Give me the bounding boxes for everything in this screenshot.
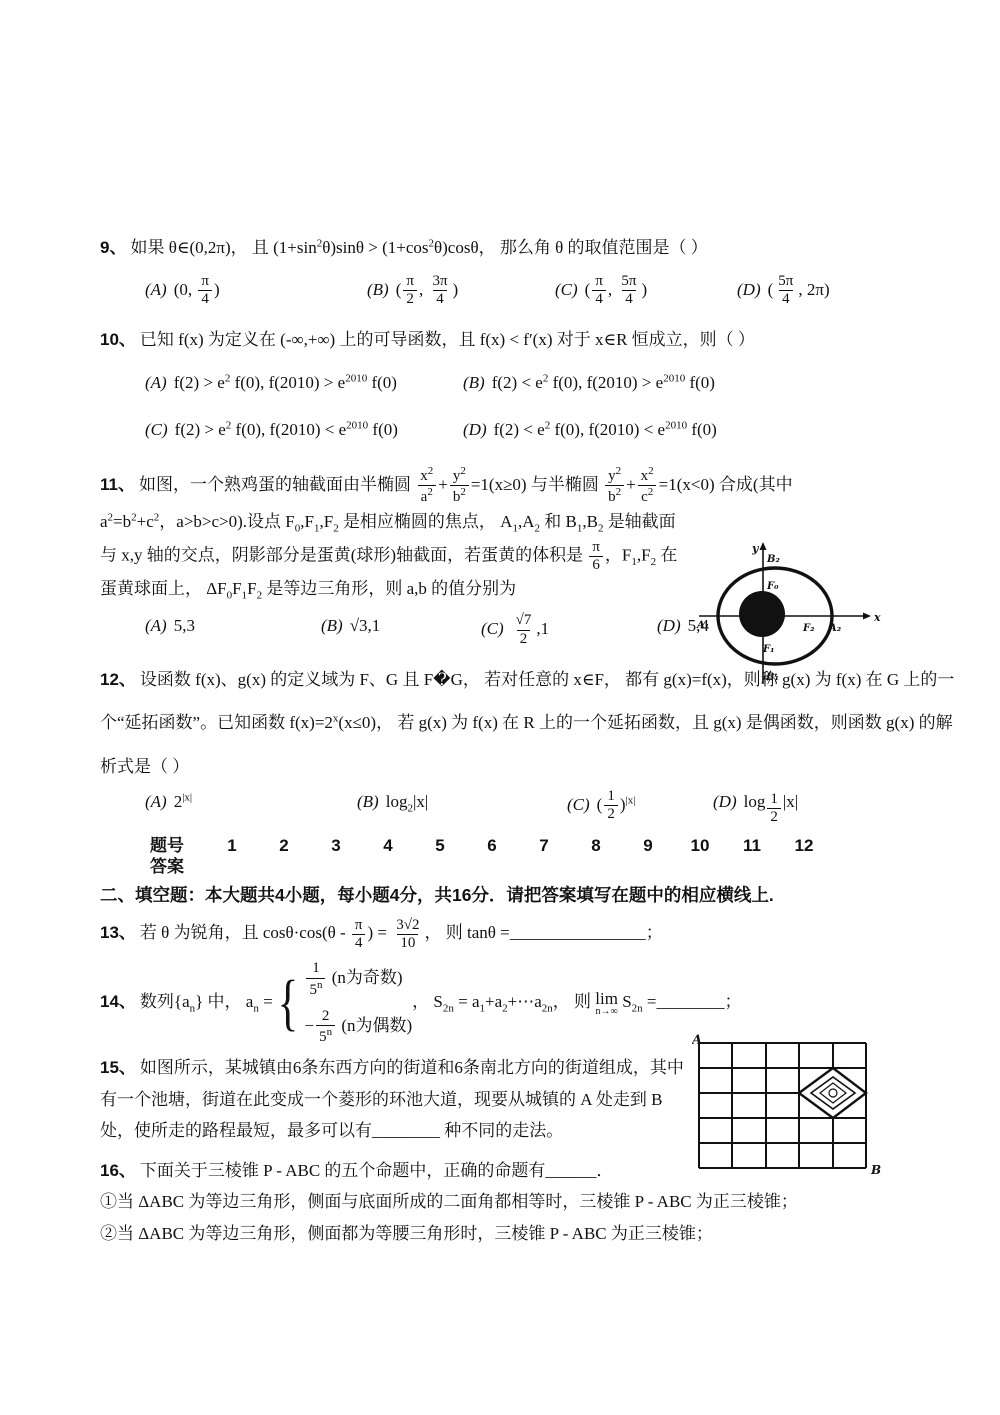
question-number-cells: 1 2 3 4 5 6 7 8 9 10 11 12 xyxy=(206,835,830,856)
question-col-12: 12 xyxy=(778,835,830,856)
option-10-c: (C)f(2) > e2 f(0), f(2010) < e2010 f(0) xyxy=(145,416,463,445)
option-text: (0, π4) xyxy=(174,280,220,299)
option-label: (B) xyxy=(367,280,389,299)
question-16-item-1: ①当 ΔABC 为等边三角形，侧面与底面所成的二面角都相等时，三棱锥 P - A… xyxy=(100,1186,962,1217)
option-label: (D) xyxy=(737,280,761,299)
option-label: (B) xyxy=(321,616,343,635)
option-11-a: (A)5,3 xyxy=(145,612,321,648)
question-13-text: 若 θ 为锐角，且 cosθ·cos(θ - π4) = 3√210， 则 ta… xyxy=(140,923,663,942)
option-9-b: (B)(π2, 3π4) xyxy=(367,273,555,309)
y-axis-arrow xyxy=(760,542,767,550)
option-label: (C) xyxy=(567,795,590,814)
option-label: (D) xyxy=(463,420,487,439)
label-f1: F₁ xyxy=(762,644,774,655)
question-9: 9、如果 θ∈(0,2π)， 且 (1+sin2θ)sinθ > (1+cos2… xyxy=(100,234,962,308)
exam-page: 9、如果 θ∈(0,2π)， 且 (1+sin2θ)sinθ > (1+cos2… xyxy=(0,0,1000,1415)
question-col-4: 4 xyxy=(362,835,414,856)
option-9-a: (A)(0, π4) xyxy=(145,273,367,309)
option-label: (A) xyxy=(145,616,167,635)
option-text: f(2) < e2 f(0), f(2010) > e2010 f(0) xyxy=(492,373,715,392)
option-label: (B) xyxy=(357,792,379,811)
option-10-b: (B)f(2) < e2 f(0), f(2010) > e2010 f(0) xyxy=(463,369,962,398)
question-12-number: 12、 xyxy=(100,670,136,689)
option-label: (C) xyxy=(481,619,504,638)
answer-table-header-row: 题号 1 2 3 4 5 6 7 8 9 10 11 12 xyxy=(150,835,962,856)
sequence-prefix: 数列{an} 中， an = xyxy=(140,992,273,1011)
question-9-number: 9、 xyxy=(100,238,126,257)
option-text: f(2) > e2 f(0), f(2010) > e2010 f(0) xyxy=(174,373,397,392)
question-10-line: 10、已知 f(x) 为定义在 (-∞,+∞) 上的可导函数，且 f(x) < … xyxy=(100,326,962,355)
option-text: f(2) < e2 f(0), f(2010) < e2010 f(0) xyxy=(494,420,717,439)
question-9-line: 9、如果 θ∈(0,2π)， 且 (1+sin2θ)sinθ > (1+cos2… xyxy=(100,234,962,263)
label-f2: F₂ xyxy=(802,623,815,634)
question-col-11: 11 xyxy=(726,835,778,856)
label-b1: B₁ xyxy=(765,672,779,683)
option-label: (A) xyxy=(145,792,167,811)
question-col-7: 7 xyxy=(518,835,570,856)
option-12-d: (D)log12|x| xyxy=(713,788,962,827)
option-text: f(2) > e2 f(0), f(2010) < e2010 f(0) xyxy=(175,420,398,439)
question-14-number: 14、 xyxy=(100,992,136,1011)
option-11-b: (B)√3,1 xyxy=(321,612,481,648)
question-9-options: (A)(0, π4) (B)(π2, 3π4) (C)(π4, 5π4) (D)… xyxy=(145,273,962,309)
question-10: 10、已知 f(x) 为定义在 (-∞,+∞) 上的可导函数，且 f(x) < … xyxy=(100,326,962,445)
question-15-number: 15、 xyxy=(100,1058,136,1077)
label-a2: A₂ xyxy=(828,623,842,634)
question-number-header: 题号 xyxy=(150,835,206,856)
option-label: (A) xyxy=(145,280,167,299)
option-text: (5π4, 2π) xyxy=(768,280,830,299)
y-axis-label: y xyxy=(751,542,760,555)
question-col-1: 1 xyxy=(206,835,258,856)
question-13: 13、若 θ 为锐角，且 cosθ·cos(θ - π4) = 3√210， 则… xyxy=(100,917,962,953)
answer-table: 题号 1 2 3 4 5 6 7 8 9 10 11 12 答案 xyxy=(150,835,962,878)
question-10-text: 已知 f(x) 为定义在 (-∞,+∞) 上的可导函数，且 f(x) < f′(… xyxy=(140,330,755,349)
option-label: (D) xyxy=(713,792,737,811)
label-a1: A₁ xyxy=(696,620,709,631)
question-10-number: 10、 xyxy=(100,330,136,349)
option-label: (B) xyxy=(463,373,485,392)
question-9-text: 如果 θ∈(0,2π)， 且 (1+sin2θ)sinθ > (1+cos2θ)… xyxy=(130,238,707,257)
option-12-b: (B)log2|x| xyxy=(357,788,567,827)
piecewise-cases: 15n (n为奇数) −25n (n为偶数) xyxy=(304,960,412,1046)
question-13-number: 13、 xyxy=(100,923,136,942)
question-16-number: 16、 xyxy=(100,1161,136,1180)
option-12-c: (C)(12)|x| xyxy=(567,788,713,827)
option-9-c: (C)(π4, 5π4) xyxy=(555,273,737,309)
option-label: (A) xyxy=(145,373,167,392)
question-col-6: 6 xyxy=(466,835,518,856)
question-12-options: (A)2|x| (B)log2|x| (C)(12)|x| (D)log12|x… xyxy=(145,788,962,827)
question-11-text-2: a2=b2+c2，a>b>c>0).设点 F0,F1,F2 是相应椭圆的焦点， … xyxy=(100,507,688,607)
question-col-8: 8 xyxy=(570,835,622,856)
piecewise-brace: { xyxy=(277,977,298,1030)
option-11-c: (C)√72,1 xyxy=(481,612,657,648)
question-11-text-1: 如图，一个熟鸡蛋的轴截面由半椭圆 x2a2+y2b2=1(x≥0) 与半椭圆 y… xyxy=(139,475,793,494)
option-12-a: (A)2|x| xyxy=(145,788,357,827)
option-text: (12)|x| xyxy=(597,795,636,814)
x-axis-arrow xyxy=(863,613,871,620)
section-2-header: 二、填空题：本大题共4小题，每小题4分，共16分．请把答案填写在题中的相应横线上… xyxy=(100,881,962,911)
question-11-number: 11、 xyxy=(100,475,135,494)
question-14-prefix: 14、数列{an} 中， an = xyxy=(100,988,273,1018)
option-text: (π2, 3π4) xyxy=(396,280,459,299)
sequence-suffix: ， S2n = a1+a2+⋯a2n， 则 limn→∞ S2n =______… xyxy=(412,988,741,1018)
question-col-10: 10 xyxy=(674,835,726,856)
question-15-paragraph: 15、如图所示，某城镇由6条东西方向的街道和6条南北方向的街道组成，其中有一个池… xyxy=(100,1052,688,1146)
question-15-text: 如图所示，某城镇由6条东西方向的街道和6条南北方向的街道组成，其中有一个池塘，街… xyxy=(100,1058,684,1140)
piecewise-case-odd: 15n (n为奇数) xyxy=(304,960,412,999)
option-text: √3,1 xyxy=(350,616,381,635)
question-16-item-2: ②当 ΔABC 为等边三角形，侧面都为等腰三角形时，三棱锥 P - ABC 为正… xyxy=(100,1218,962,1249)
option-label: (C) xyxy=(555,280,578,299)
egg-yolk xyxy=(739,591,785,637)
question-11-line1: 11、如图，一个熟鸡蛋的轴截面由半椭圆 x2a2+y2b2=1(x≥0) 与半椭… xyxy=(100,465,962,507)
label-f0: F₀ xyxy=(766,581,779,592)
question-10-options: (A)f(2) > e2 f(0), f(2010) > e2010 f(0) … xyxy=(145,369,962,445)
option-text: 2|x| xyxy=(174,792,192,811)
option-10-a: (A)f(2) > e2 f(0), f(2010) > e2010 f(0) xyxy=(145,369,463,398)
street-grid-figure: A B xyxy=(692,1034,892,1179)
question-col-3: 3 xyxy=(310,835,362,856)
question-col-5: 5 xyxy=(414,835,466,856)
x-axis-label: x xyxy=(873,611,881,624)
option-text: log2|x| xyxy=(386,792,429,811)
answer-label: 答案 xyxy=(150,856,206,877)
label-b2: B₂ xyxy=(766,554,780,565)
option-label: (C) xyxy=(145,420,168,439)
question-col-2: 2 xyxy=(258,835,310,856)
option-text: 5,3 xyxy=(174,616,195,635)
option-9-d: (D)(5π4, 2π) xyxy=(737,273,962,309)
question-16-text: 下面关于三棱锥 P - ABC 的五个命题中，正确的命题有______． xyxy=(140,1161,614,1180)
option-text: √72,1 xyxy=(511,619,549,638)
option-10-d: (D)f(2) < e2 f(0), f(2010) < e2010 f(0) xyxy=(463,416,962,445)
option-label: (D) xyxy=(657,616,681,635)
label-b-end: B xyxy=(870,1163,881,1177)
question-13-line: 13、若 θ 为锐角，且 cosθ·cos(θ - π4) = 3√210， 则… xyxy=(100,917,962,953)
egg-figure: y x B₂ A₁ F₀ F₂ A₂ F₁ B₁ xyxy=(693,540,983,700)
label-a-start: A xyxy=(692,1034,702,1048)
answer-table-answer-row: 答案 xyxy=(150,856,962,877)
piecewise-definition: { 15n (n为奇数) −25n (n为偶数) xyxy=(273,960,412,1046)
option-text: log12|x| xyxy=(744,792,799,811)
piecewise-case-even: −25n (n为偶数) xyxy=(304,1008,412,1047)
pond-diamond xyxy=(799,1068,866,1118)
question-col-9: 9 xyxy=(622,835,674,856)
option-text: (π4, 5π4) xyxy=(585,280,648,299)
